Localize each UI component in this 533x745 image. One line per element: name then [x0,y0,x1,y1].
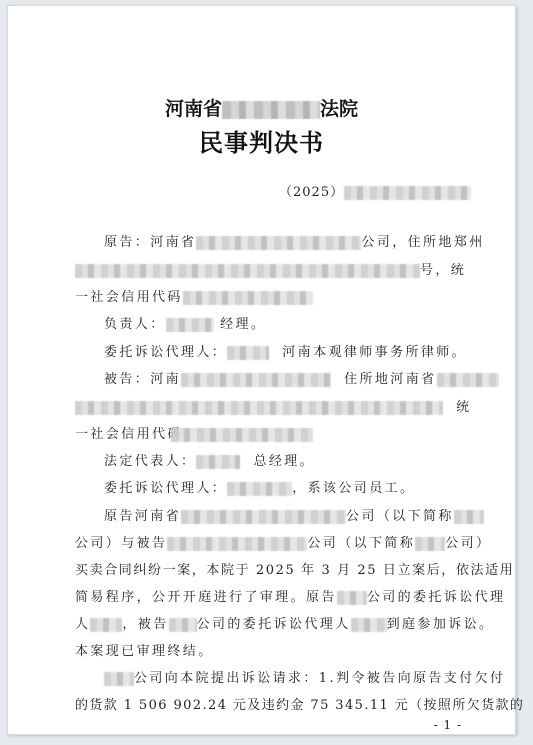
plaintiff-line-1: 原告：河南省公司，住所地郑州 [104,234,515,252]
text: 委托诉讼代理人： [104,345,227,360]
case-intro-line-1: 原告河南省公司（以下简称 [104,508,515,526]
case-intro-line-5: 人，被告公司的委托诉讼代理人到庭参加诉讼。 [75,616,515,634]
text: 统 [456,400,471,415]
redacted-head-name [166,318,214,332]
text: 河南本观律师事务所律师。 [282,345,467,360]
court-name-prefix: 河南省 [165,98,222,120]
redacted-agent-name [227,346,269,360]
court-name-suffix: 法院 [320,98,358,120]
defendant-line-1: 被告：河南 住所地河南省 [104,371,515,389]
text: 号，统 [420,263,466,278]
defendant-representative: 法定代表人： 总经理。 [104,453,515,471]
text: 公司）与被告 [75,536,167,551]
claims-line-1: 公司向本院提出诉讼请求：1.判令被告向原告支付欠付 [104,670,515,688]
case-intro-line-4: 简易程序，公开开庭进行了审理。原告公司的委托诉讼代理 [75,589,515,607]
document-title: 民事判决书 [8,123,515,158]
case-intro-line-3: 买卖合同纠纷一案，本院于 2025 年 3 月 25 日立案后，依法适用 [75,562,515,580]
case-intro-line-6: 本案现已审理终结。 [75,643,515,661]
text: 公司（以下简称 [346,509,454,524]
text: 总经理。 [253,454,315,469]
text: 原告：河南省 [104,235,196,250]
text: 被告：河南 [104,372,181,387]
redacted-plaintiff-short-3 [104,672,134,686]
defendant-line-3: 一社会信用代码 [75,426,515,444]
case-intro-line-2: 公司）与被告公司（以下简称公司） [75,535,515,553]
plaintiff-line-2: 号，统 [75,262,515,280]
court-name: 河南省法院 [8,94,515,121]
redacted-plaintiff-credit-code [183,291,313,305]
text: ，系该公司员工。 [292,481,415,496]
text: 公司的委托诉讼代理 [367,590,506,605]
text: 原告河南省 [104,509,181,524]
defendant-agent: 委托诉讼代理人：，系该公司员工。 [104,480,515,498]
text: 住所地河南省 [344,372,436,387]
redacted-defendant-address-b [75,401,443,415]
redacted-defendant-short [415,537,445,551]
plaintiff-agent: 委托诉讼代理人： 河南本观律师事务所律师。 [104,344,515,362]
text: 负责人： [104,317,166,332]
redacted-def-agent-name [227,482,292,496]
redacted-rep-name [196,455,240,469]
redacted-plaintiff-address [75,264,420,278]
text: 简易程序，公开开庭进行了审理。原告 [75,590,337,605]
redacted-defendant-credit-code [171,428,313,442]
redacted-plaintiff-agent-2 [90,618,122,632]
redacted-court-name [222,101,320,119]
text: 公司） [445,536,491,551]
case-number: （2025） [279,184,515,202]
text: 人 [75,617,90,632]
redacted-case-number [344,186,471,200]
defendant-line-2: 统 [75,399,515,417]
redacted-defendant-address-a [437,373,499,387]
plaintiff-head: 负责人： 经理。 [104,316,515,334]
redacted-plaintiff-fullname [181,510,346,524]
text: 公司向本院提出诉讼请求：1.判令被告向原告支付欠付 [134,671,505,686]
text: 公司，住所地郑州 [361,235,484,250]
text: 经理。 [220,317,266,332]
redacted-def-agent-2 [351,618,387,632]
redacted-plaintiff-name [196,236,361,250]
text: 一社会信用代码 [75,290,183,305]
text: 委托诉讼代理人： [104,481,227,496]
claims-line-2: 的货款 1 506 902.24 元及违约金 75 345.11 元（按照所欠货… [75,697,515,715]
document-page: 河南省法院 民事判决书 （2025） 原告：河南省公司，住所地郑州 号，统 一社… [7,5,516,735]
text: ，被告 [122,617,168,632]
redacted-plaintiff-short [454,510,484,524]
text: 法定代表人： [104,454,196,469]
text: 公司（以下简称 [307,536,415,551]
plaintiff-line-3: 一社会信用代码 [75,289,515,307]
text: 公司的委托诉讼代理人 [197,617,351,632]
redacted-defendant-fullname [167,537,307,551]
text: 一社会信用代码 [75,427,183,442]
text: 到庭参加诉讼。 [387,617,495,632]
redacted-defendant-name [181,373,331,387]
redacted-defendant-short-2 [169,618,197,632]
page-number: - 1 - [434,718,462,732]
case-number-year: （2025） [279,185,344,200]
redacted-plaintiff-short-2 [337,591,367,605]
